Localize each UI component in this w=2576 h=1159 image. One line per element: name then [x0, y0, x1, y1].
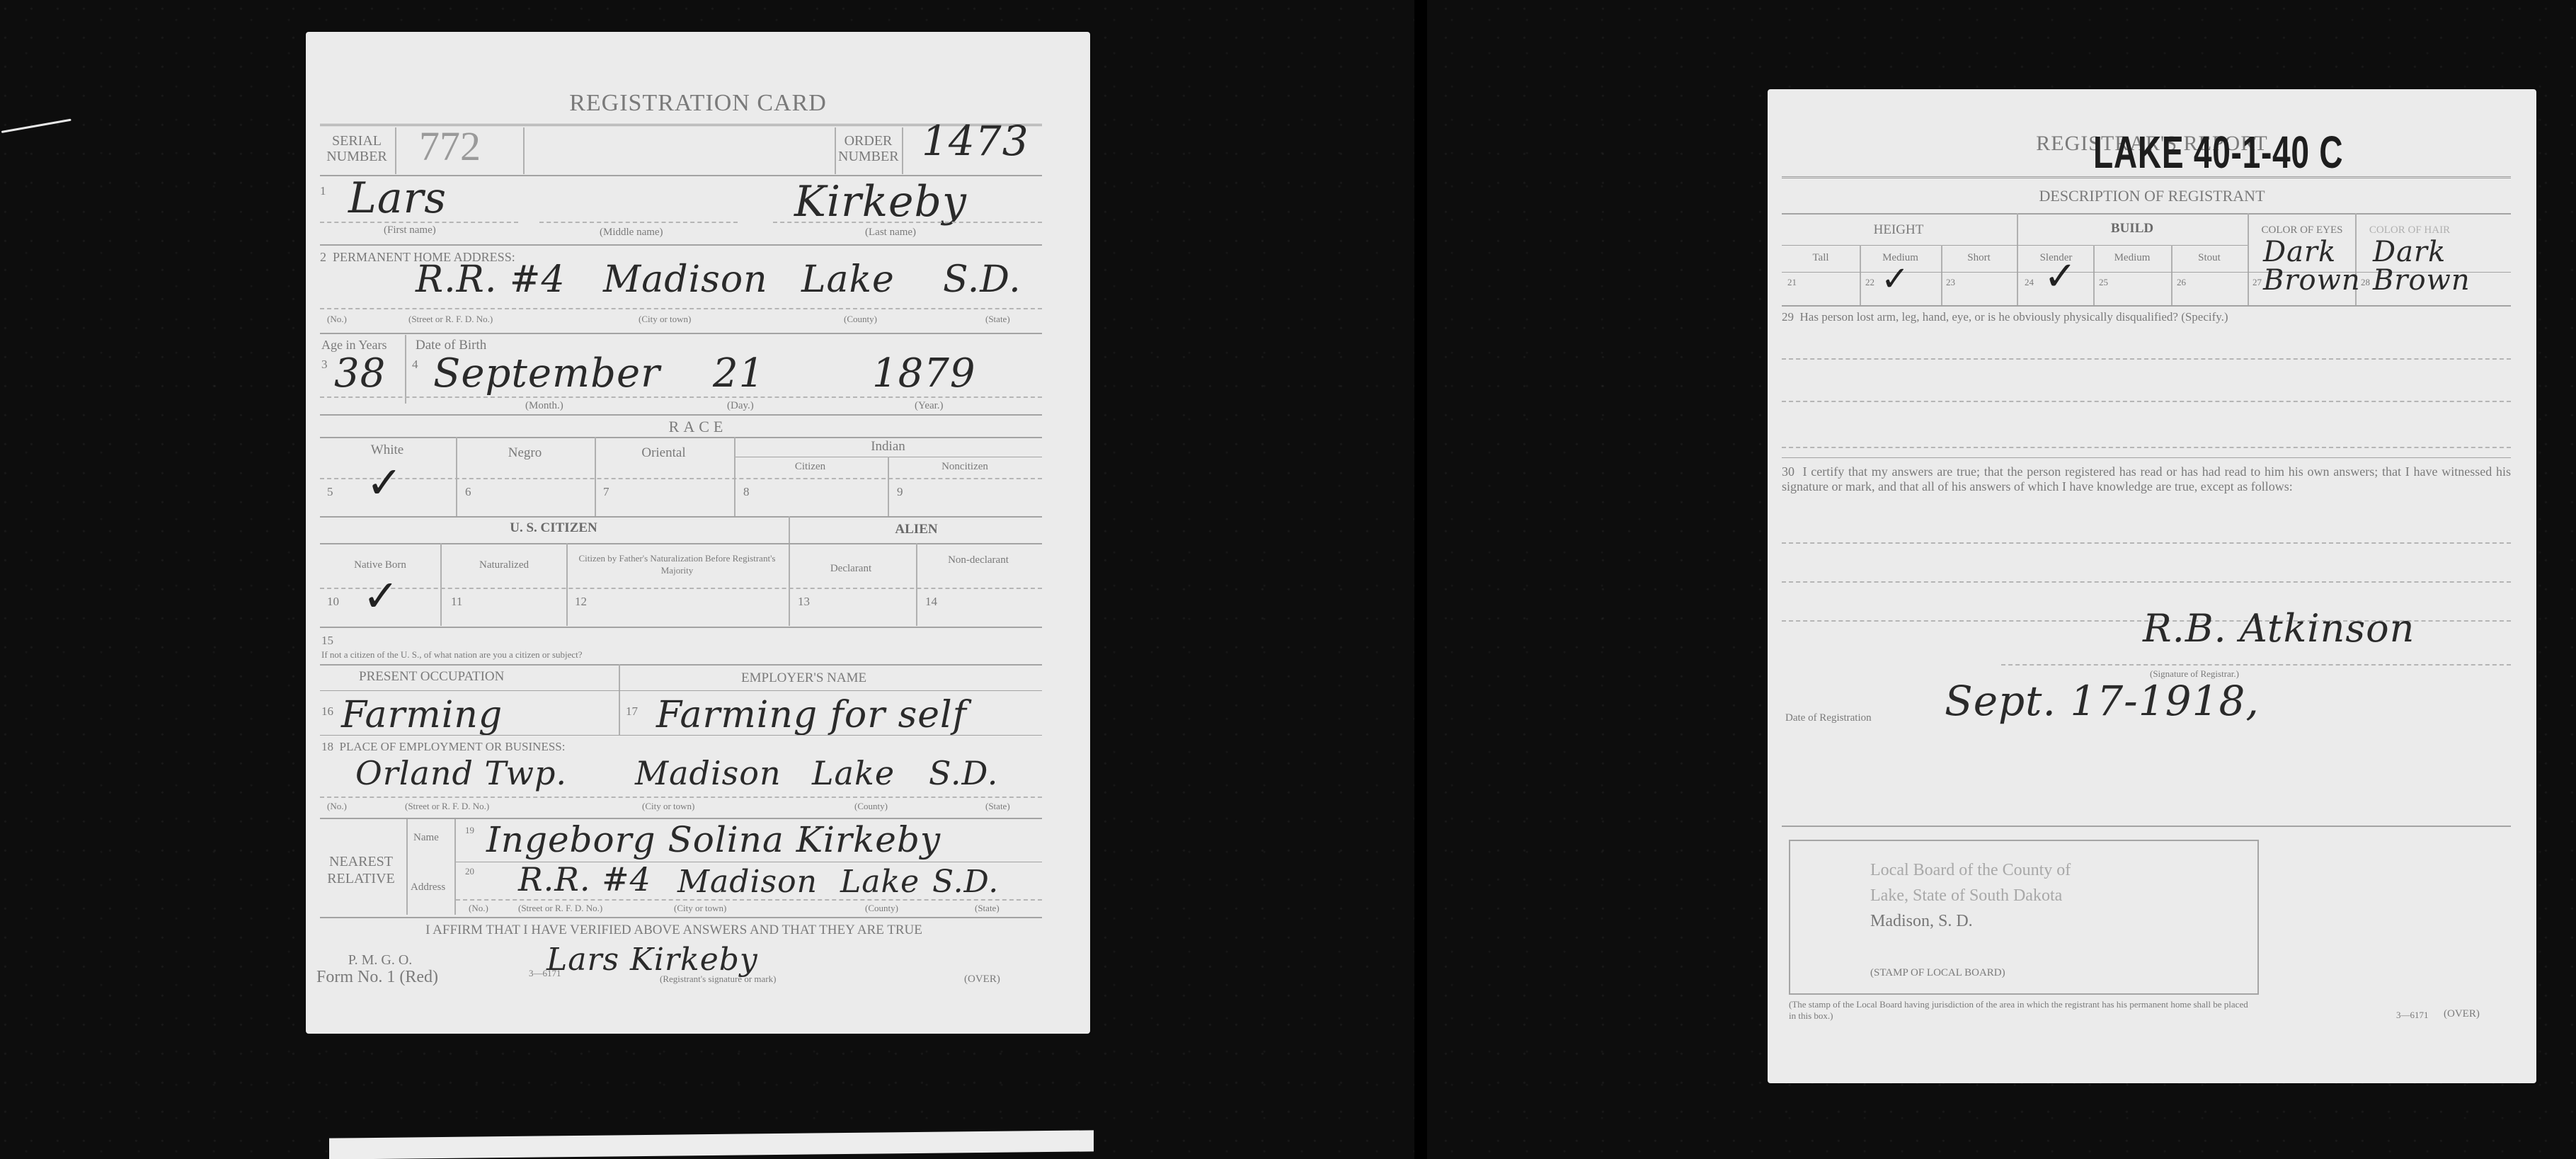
- serial-number-label: SERIAL NUMBER: [321, 133, 392, 164]
- nationality-question: If not a citizen of the U. S., of what n…: [321, 649, 583, 661]
- relative-city: Madison: [677, 864, 818, 900]
- lake-stamp: LAKE 40-1-40 C: [2093, 126, 2343, 178]
- hair-color-value: Dark Brown: [2373, 238, 2472, 295]
- card-title: REGISTRATION CARD: [306, 90, 1090, 117]
- last-name: Kirkeby: [794, 177, 967, 227]
- nearest-relative-label: NEAREST RELATIVE: [319, 853, 403, 887]
- home-city: Madison: [603, 258, 768, 301]
- us-citizen-heading: U. S. CITIZEN: [320, 520, 787, 536]
- serial-number-value: 772: [419, 122, 481, 170]
- order-number-value: 1473: [922, 117, 1029, 165]
- dob-month: September: [433, 350, 660, 396]
- dob-day: 21: [713, 350, 765, 396]
- employment-street: Orland Twp.: [355, 754, 567, 792]
- relative-street: R.R. #4: [518, 860, 651, 898]
- registration-date-label: Date of Registration: [1785, 712, 1872, 724]
- native-born-checkmark: ✓: [362, 570, 399, 622]
- registrant-signature: Lars Kirkeby: [546, 942, 758, 978]
- registrar-signature: R.B. Atkinson: [2143, 606, 2415, 651]
- board-stamp-note: (The stamp of the Local Board having jur…: [1789, 999, 2256, 1022]
- employment-state: S.D.: [929, 754, 998, 792]
- build-slender-checkmark: ✓: [2044, 253, 2077, 299]
- age-value: 38: [334, 350, 386, 396]
- eye-color-value: Dark Brown: [2263, 238, 2362, 295]
- order-number-label: ORDER NUMBER: [838, 133, 898, 164]
- frame-separator: [1414, 0, 1427, 1159]
- certification-text: I certify that my answers are true; that…: [1782, 464, 2511, 493]
- home-state: S.D.: [943, 258, 1021, 301]
- employer-value: Farming for self: [656, 694, 967, 736]
- registration-card-front: REGISTRATION CARD SERIAL NUMBER 772 ORDE…: [306, 32, 1090, 1034]
- registration-date: Sept. 17-1918,: [1945, 677, 2260, 725]
- employer-label: EMPLOYER'S NAME: [741, 670, 866, 686]
- registrars-report-back: REGISTRAR'S REPORT LAKE 40-1-40 C DESCRI…: [1768, 89, 2536, 1083]
- over-label-back: (OVER): [2444, 1008, 2480, 1020]
- disqualification-question: Has person lost arm, leg, hand, eye, or …: [1800, 310, 2228, 324]
- race-heading: RACE: [306, 418, 1090, 436]
- employment-county: Lake: [812, 754, 895, 792]
- first-name: Lars: [348, 173, 447, 223]
- occupation-label: PRESENT OCCUPATION: [359, 669, 504, 685]
- description-heading: DESCRIPTION OF REGISTRANT: [1768, 187, 2536, 205]
- employment-place-label: PLACE OF EMPLOYMENT OR BUSINESS:: [340, 740, 566, 753]
- height-medium-checkmark: ✓: [1881, 259, 1909, 299]
- stamp-of-local-board-label: (STAMP OF LOCAL BOARD): [1870, 967, 2005, 979]
- white-checkmark: ✓: [366, 457, 403, 508]
- employment-city: Madison: [635, 754, 782, 792]
- affirmation-text: I AFFIRM THAT I HAVE VERIFIED ABOVE ANSW…: [320, 923, 1028, 938]
- home-county: Lake: [801, 258, 895, 301]
- relative-county: Lake: [840, 864, 920, 900]
- relative-state: S.D.: [932, 864, 999, 900]
- home-street: R.R. #4: [416, 258, 566, 301]
- alien-heading: ALIEN: [791, 522, 1042, 537]
- occupation-value: Farming: [341, 694, 503, 736]
- form-number: Form No. 1 (Red): [316, 968, 438, 987]
- dob-year: 1879: [872, 350, 976, 396]
- relative-name: Ingeborg Solina Kirkeby: [486, 819, 941, 860]
- over-label: (OVER): [964, 974, 1000, 986]
